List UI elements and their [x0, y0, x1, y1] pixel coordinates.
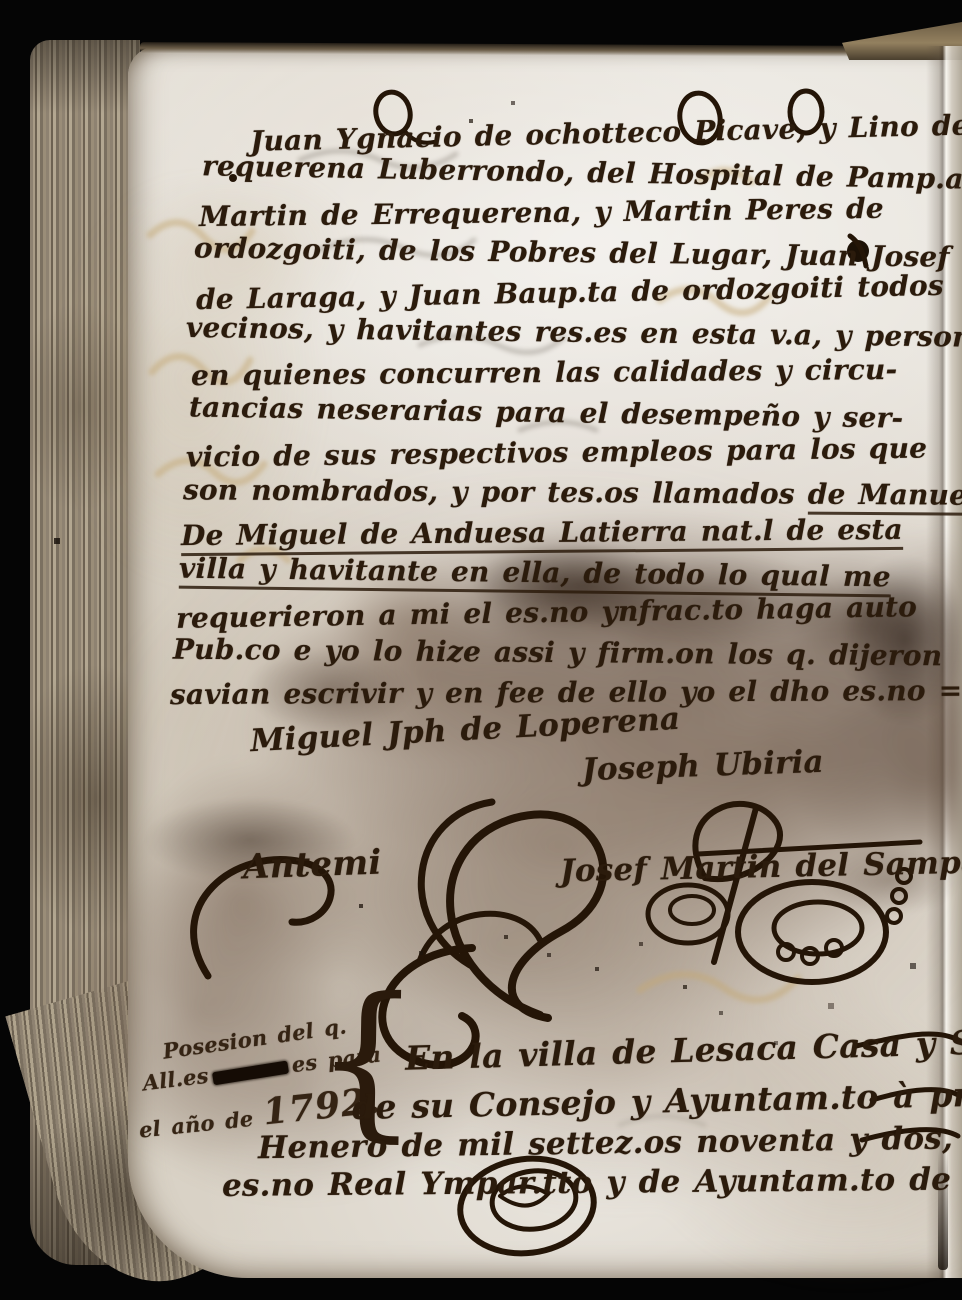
ante-mi-label: Antemi — [242, 843, 382, 888]
body-line: en quienes concurren las calidades y cir… — [191, 353, 898, 392]
body-line: De Miguel de Anduesa Latierra nat.l de e… — [181, 513, 903, 552]
body-line: savian escrivir y en fee de ello yo el d… — [170, 674, 962, 711]
manuscript-photo: Juan Ygnacio de ochotteco Picave, y Lino… — [0, 0, 962, 1300]
body-line-text: en quienes concurren las calidades y cir… — [191, 353, 898, 392]
body-line: son nombrados, y por tes.os llamados de … — [183, 473, 962, 512]
body-line-text: Pub.co e yo lo hize assi y firm.on los q… — [173, 633, 943, 673]
body-line-text: son nombrados, y por tes.os llamados — [183, 473, 808, 510]
body-line-text: savian escrivir y en fee de ello yo el d… — [170, 674, 962, 711]
body-line-underlined-text: De Miguel de Anduesa Latierra nat.l de e… — [181, 513, 903, 556]
body-line-underlined-text: de Manuel — [808, 478, 962, 516]
closing-line-4: es.no Real Ympar.tto y de Ayuntam.to de … — [222, 1160, 962, 1204]
body-line: Pub.co e yo lo hize assi y firm.on los q… — [173, 633, 943, 673]
ink-specks — [0, 0, 2, 2]
